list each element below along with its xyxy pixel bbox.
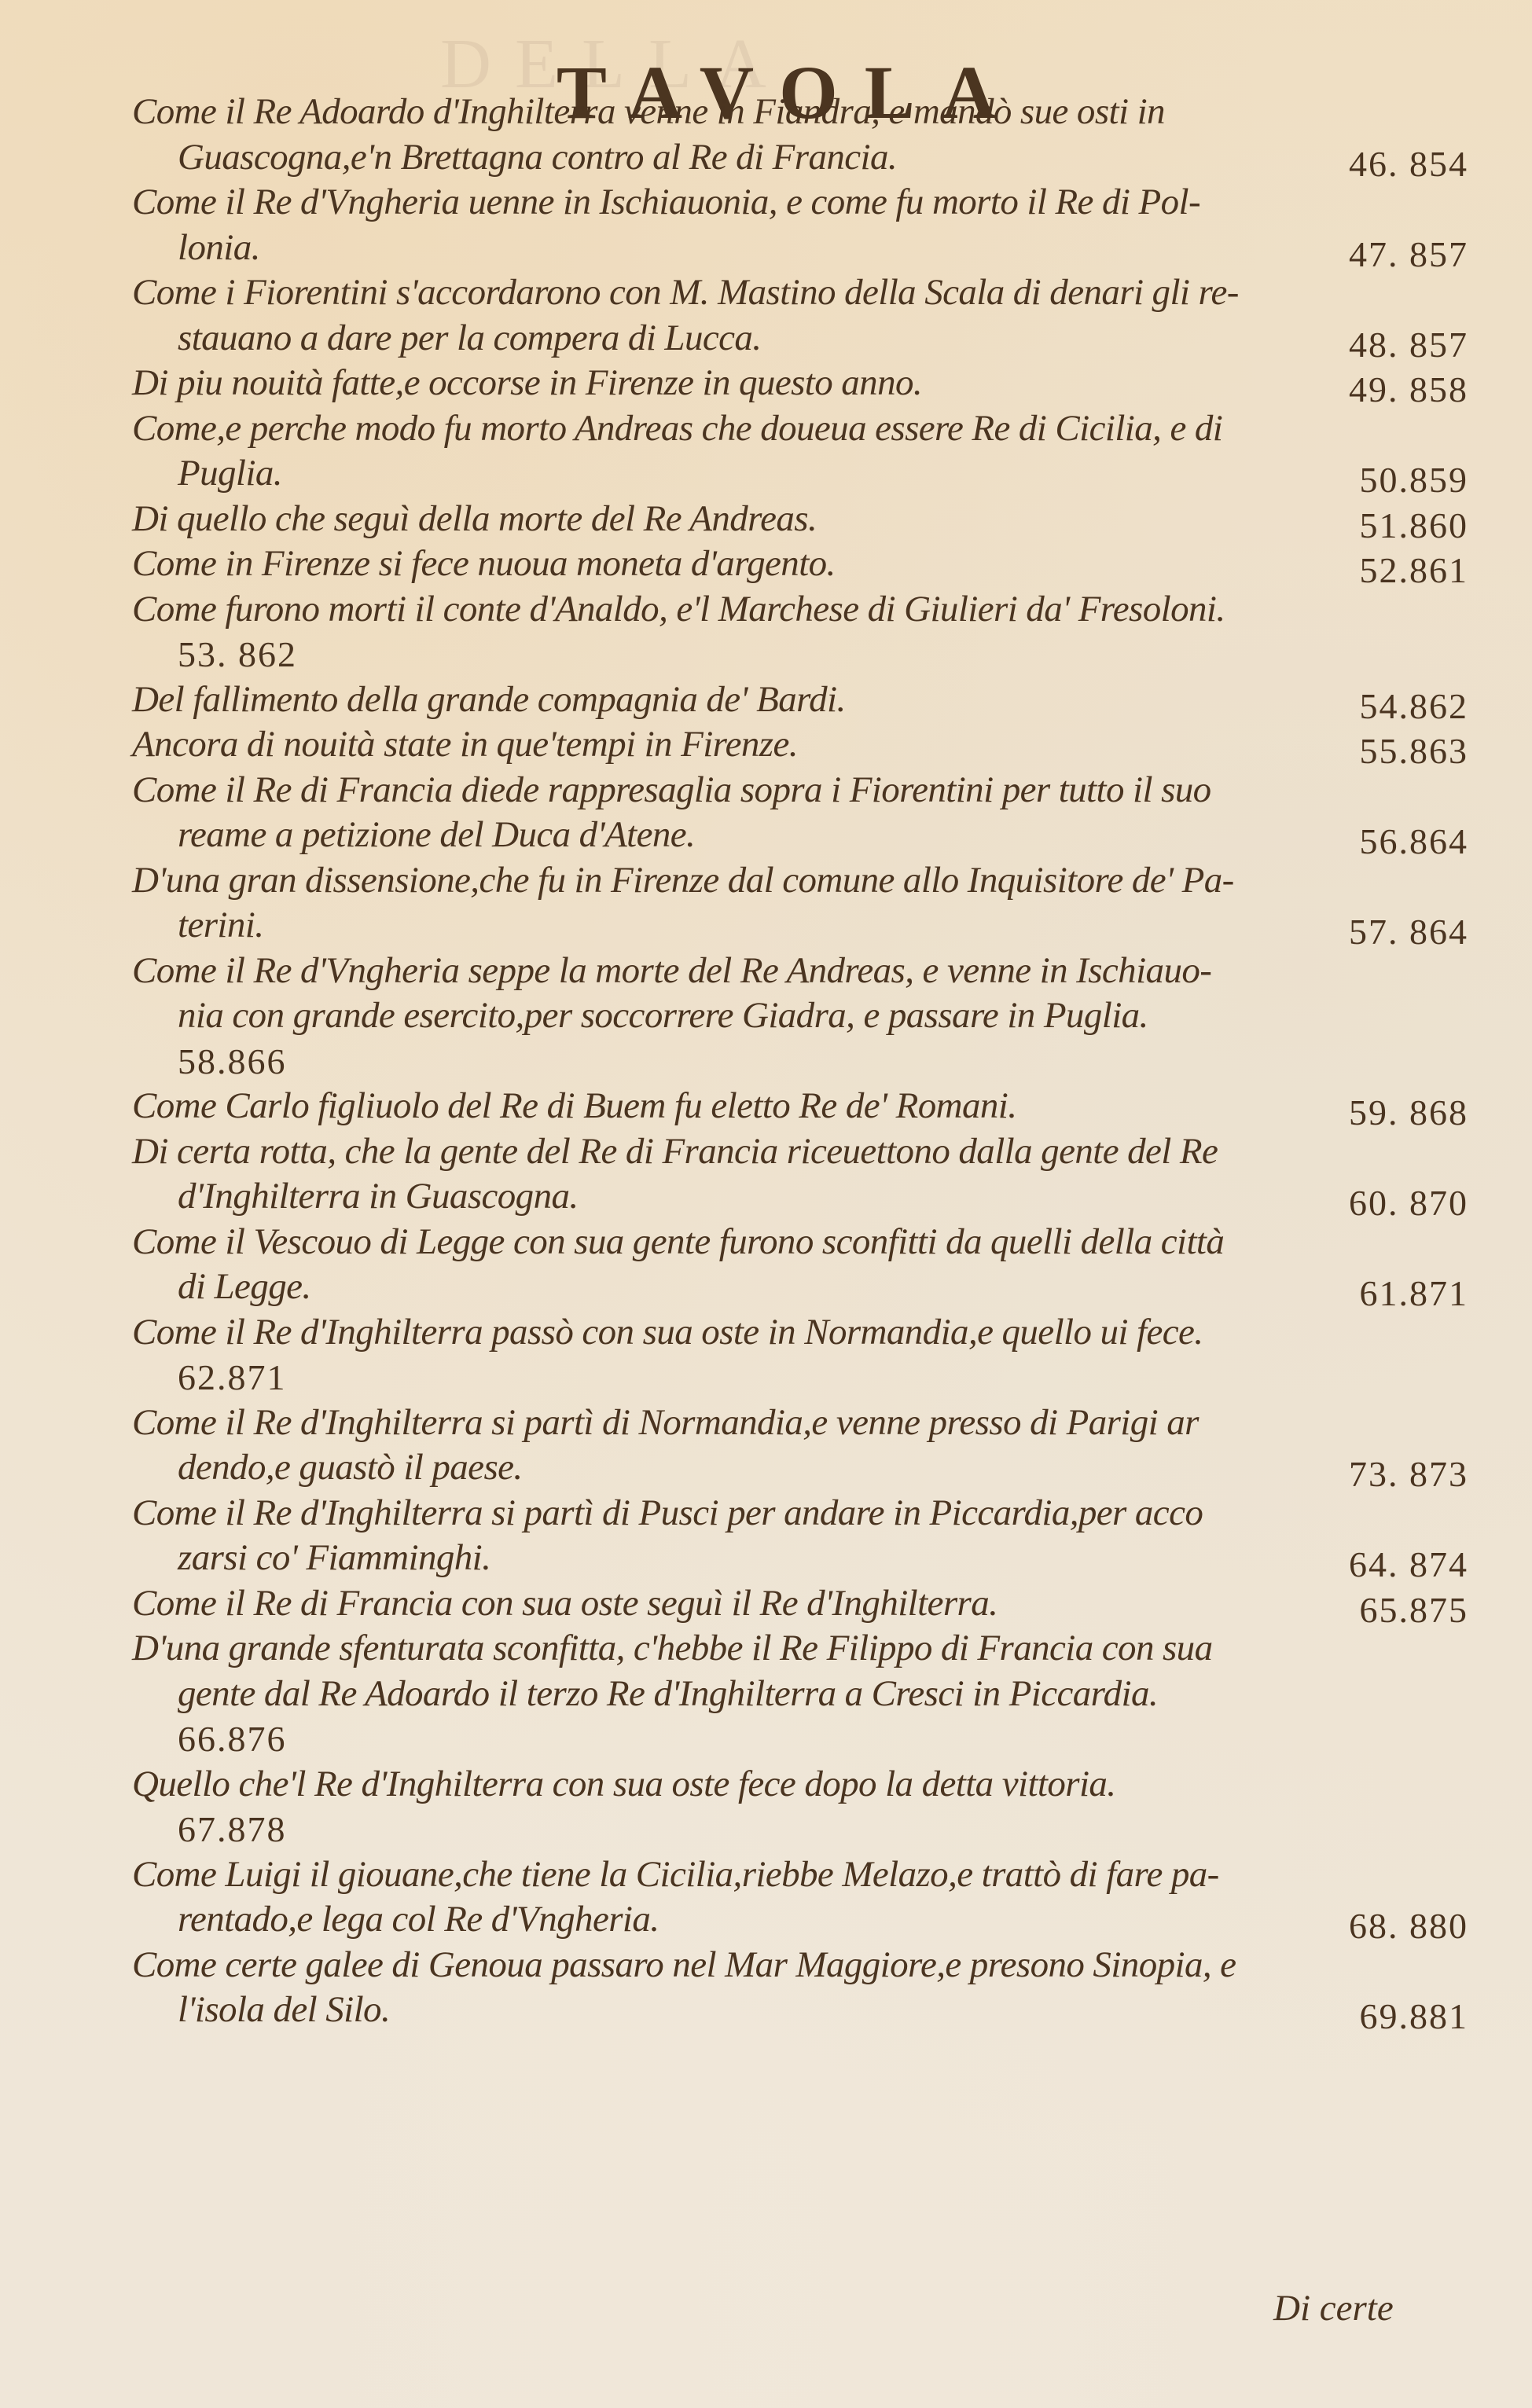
entry-continuation-line: di Legge.61.871	[132, 1265, 1468, 1310]
toc-entry: Del fallimento della grande compagnia de…	[132, 677, 1468, 723]
entry-text: D'una grande sfenturata sconfitta, c'heb…	[132, 1628, 1212, 1668]
entry-continuation-line: lonia.47. 857	[132, 226, 1468, 271]
entry-text: d'Inghilterra in Guascogna.	[178, 1176, 579, 1217]
entry-text: Come i Fiorentini s'accordarono con M. M…	[132, 272, 1239, 313]
page-number: 66.876	[132, 1719, 287, 1759]
entry-title-line: Del fallimento della grande compagnia de…	[132, 677, 1468, 723]
entry-continuation-line: terini.57. 864	[132, 903, 1468, 949]
toc-entry: Come certe galee di Genoua passaro nel M…	[132, 1943, 1468, 2033]
entry-title-line: Di piu nouità fatte,e occorse in Firenze…	[132, 361, 1468, 406]
toc-entry: Come il Re d'Vngheria seppe la morte del…	[132, 949, 1468, 1085]
entry-text: gente dal Re Adoardo il terzo Re d'Inghi…	[178, 1673, 1158, 1714]
entry-continuation-line: gente dal Re Adoardo il terzo Re d'Inghi…	[132, 1672, 1468, 1717]
entry-continuation-line: d'Inghilterra in Guascogna.60. 870	[132, 1174, 1468, 1220]
entry-title-line: Come il Re d'Inghilterra si partì di Nor…	[132, 1400, 1468, 1446]
entry-title-line: Come Luigi il giouane,che tiene la Cicil…	[132, 1852, 1468, 1898]
entry-continuation-line: nia con grande esercito,per soccorrere G…	[132, 993, 1468, 1039]
entry-continuation-line: rentado,e lega col Re d'Vngheria.68. 880	[132, 1897, 1468, 1943]
entry-text: Di quello che seguì della morte del Re A…	[132, 498, 817, 539]
toc-entry: Come il Re d'Inghilterra si partì di Nor…	[132, 1400, 1468, 1491]
entry-text: Come in Firenze si fece nuoua moneta d'a…	[132, 543, 836, 584]
entry-title-line: Come il Re d'Inghilterra passò con sua o…	[132, 1310, 1468, 1356]
toc-entry: Come furono morti il conte d'Analdo, e'l…	[132, 587, 1468, 677]
toc-entry: Come il Re d'Inghilterra si partì di Pus…	[132, 1491, 1468, 1581]
toc-entry: D'una gran dissensione,che fu in Firenze…	[132, 858, 1468, 949]
entry-page-line: 67.878	[132, 1807, 1468, 1852]
entry-title-line: Come il Re d'Inghilterra si partì di Pus…	[132, 1491, 1468, 1536]
toc-entry: Quello che'l Re d'Inghilterra con sua os…	[132, 1762, 1468, 1852]
entry-title-line: Come,e perche modo fu morto Andreas che …	[132, 406, 1468, 452]
entry-text: lonia.	[178, 227, 260, 268]
entry-continuation-line: stauano a dare per la compera di Lucca.4…	[132, 316, 1468, 362]
entry-title-line: Come i Fiorentini s'accordarono con M. M…	[132, 270, 1468, 316]
entry-text: Come il Re d'Inghilterra passò con sua o…	[132, 1312, 1203, 1353]
page-number: 53. 862	[132, 634, 297, 674]
entry-text: Del fallimento della grande compagnia de…	[132, 679, 846, 720]
entry-text: Di certa rotta, che la gente del Re di F…	[132, 1131, 1218, 1172]
entry-title-line: Come furono morti il conte d'Analdo, e'l…	[132, 587, 1468, 633]
page-number: 67.878	[132, 1809, 287, 1849]
toc-entry: Come,e perche modo fu morto Andreas che …	[132, 406, 1468, 497]
entry-text: Ancora di nouità state in que'tempi in F…	[132, 724, 798, 765]
catchword: Di certe	[1273, 2287, 1394, 2329]
entry-title-line: Di quello che seguì della morte del Re A…	[132, 497, 1468, 542]
page-number: 62.871	[132, 1357, 287, 1397]
toc-entry: Come in Firenze si fece nuoua moneta d'a…	[132, 541, 1468, 587]
toc-entry: Come Carlo figliuolo del Re di Buem fu e…	[132, 1084, 1468, 1129]
entry-text: Come Carlo figliuolo del Re di Buem fu e…	[132, 1085, 1016, 1126]
table-of-contents: Come il Re Adoardo d'Inghilterra venne i…	[132, 90, 1468, 2033]
entry-title-line: Come il Re di Francia diede rappresaglia…	[132, 768, 1468, 813]
entry-title-line: Come il Re d'Vngheria uenne in Ischiauon…	[132, 180, 1468, 226]
entry-title-line: Come in Firenze si fece nuoua moneta d'a…	[132, 541, 1468, 587]
entry-title-line: Come il Re d'Vngheria seppe la morte del…	[132, 949, 1468, 994]
entry-text: Puglia.	[178, 453, 282, 494]
entry-text: Di piu nouità fatte,e occorse in Firenze…	[132, 362, 922, 403]
toc-entry: Di quello che seguì della morte del Re A…	[132, 497, 1468, 542]
entry-text: reame a petizione del Duca d'Atene.	[178, 814, 695, 855]
entry-page-line: 66.876	[132, 1716, 1468, 1762]
entry-text: di Legge.	[178, 1266, 311, 1307]
entry-continuation-line: dendo,e guastò il paese.73. 873	[132, 1445, 1468, 1491]
entry-continuation-line: l'isola del Silo.69.881	[132, 1988, 1468, 2033]
entry-continuation-line: Guascogna,e'n Brettagna contro al Re di …	[132, 135, 1468, 181]
toc-entry: Ancora di nouità state in que'tempi in F…	[132, 722, 1468, 768]
entry-text: Come il Re d'Vngheria seppe la morte del…	[132, 950, 1211, 991]
book-page: DELLA TAVOLA Come il Re Adoardo d'Inghil…	[0, 0, 1532, 2408]
entry-text: Come il Re d'Inghilterra si partì di Nor…	[132, 1402, 1199, 1443]
toc-entry: Come il Vescouo di Legge con sua gente f…	[132, 1220, 1468, 1310]
entry-title-line: D'una grande sfenturata sconfitta, c'heb…	[132, 1626, 1468, 1672]
entry-continuation-line: zarsi co' Fiamminghi.64. 874	[132, 1536, 1468, 1581]
toc-entry: Come il Re d'Vngheria uenne in Ischiauon…	[132, 180, 1468, 270]
entry-text: terini.	[178, 905, 263, 945]
toc-entry: Di piu nouità fatte,e occorse in Firenze…	[132, 361, 1468, 406]
entry-text: zarsi co' Fiamminghi.	[178, 1537, 490, 1578]
entry-text: D'una gran dissensione,che fu in Firenze…	[132, 860, 1234, 901]
entry-title-line: Di certa rotta, che la gente del Re di F…	[132, 1129, 1468, 1175]
toc-entry: Come il Re d'Inghilterra passò con sua o…	[132, 1310, 1468, 1400]
entry-text: Come certe galee di Genoua passaro nel M…	[132, 1944, 1236, 1985]
toc-entry: Di certa rotta, che la gente del Re di F…	[132, 1129, 1468, 1220]
entry-page-line: 58.866	[132, 1039, 1468, 1085]
entry-title-line: Come certe galee di Genoua passaro nel M…	[132, 1943, 1468, 1988]
entry-text: dendo,e guastò il paese.	[178, 1447, 523, 1488]
entry-title-line: Come il Re di Francia con sua oste seguì…	[132, 1581, 1468, 1627]
entry-text: Come furono morti il conte d'Analdo, e'l…	[132, 589, 1225, 630]
entry-continuation-line: Puglia.50.859	[132, 451, 1468, 497]
entry-text: stauano a dare per la compera di Lucca.	[178, 318, 761, 358]
entry-text: rentado,e lega col Re d'Vngheria.	[178, 1899, 659, 1940]
entry-text: Come Luigi il giouane,che tiene la Cicil…	[132, 1854, 1219, 1895]
page-number: 69.881	[1360, 1994, 1469, 2039]
toc-entry: D'una grande sfenturata sconfitta, c'heb…	[132, 1626, 1468, 1762]
entry-page-line: 53. 862	[132, 632, 1468, 677]
toc-entry: Come il Re Adoardo d'Inghilterra venne i…	[132, 90, 1468, 180]
entry-text: Come il Re di Francia diede rappresaglia…	[132, 769, 1211, 810]
page-number: 58.866	[132, 1041, 287, 1081]
toc-entry: Come il Re di Francia diede rappresaglia…	[132, 768, 1468, 858]
entry-text: Quello che'l Re d'Inghilterra con sua os…	[132, 1764, 1115, 1804]
entry-title-line: Ancora di nouità state in que'tempi in F…	[132, 722, 1468, 768]
entry-text: Come il Re d'Vngheria uenne in Ischiauon…	[132, 182, 1200, 222]
entry-text: Come il Vescouo di Legge con sua gente f…	[132, 1221, 1224, 1262]
entry-text: Guascogna,e'n Brettagna contro al Re di …	[178, 137, 897, 178]
entry-page-line: 62.871	[132, 1355, 1468, 1400]
entry-title-line: D'una gran dissensione,che fu in Firenze…	[132, 858, 1468, 904]
entry-title-line: Quello che'l Re d'Inghilterra con sua os…	[132, 1762, 1468, 1808]
entry-text: nia con grande esercito,per soccorrere G…	[178, 995, 1148, 1036]
entry-continuation-line: reame a petizione del Duca d'Atene.56.86…	[132, 813, 1468, 858]
entry-title-line: Come il Vescouo di Legge con sua gente f…	[132, 1220, 1468, 1265]
entry-title-line: Come Carlo figliuolo del Re di Buem fu e…	[132, 1084, 1468, 1129]
entry-text: Come il Re di Francia con sua oste seguì…	[132, 1583, 997, 1624]
entry-text: Come il Re Adoardo d'Inghilterra venne i…	[132, 91, 1165, 132]
toc-entry: Come Luigi il giouane,che tiene la Cicil…	[132, 1852, 1468, 1943]
toc-entry: Come i Fiorentini s'accordarono con M. M…	[132, 270, 1468, 361]
entry-title-line: Come il Re Adoardo d'Inghilterra venne i…	[132, 90, 1468, 135]
entry-text: Come,e perche modo fu morto Andreas che …	[132, 408, 1222, 449]
entry-text: l'isola del Silo.	[178, 1989, 390, 2030]
toc-entry: Come il Re di Francia con sua oste seguì…	[132, 1581, 1468, 1627]
entry-text: Come il Re d'Inghilterra si partì di Pus…	[132, 1492, 1203, 1533]
